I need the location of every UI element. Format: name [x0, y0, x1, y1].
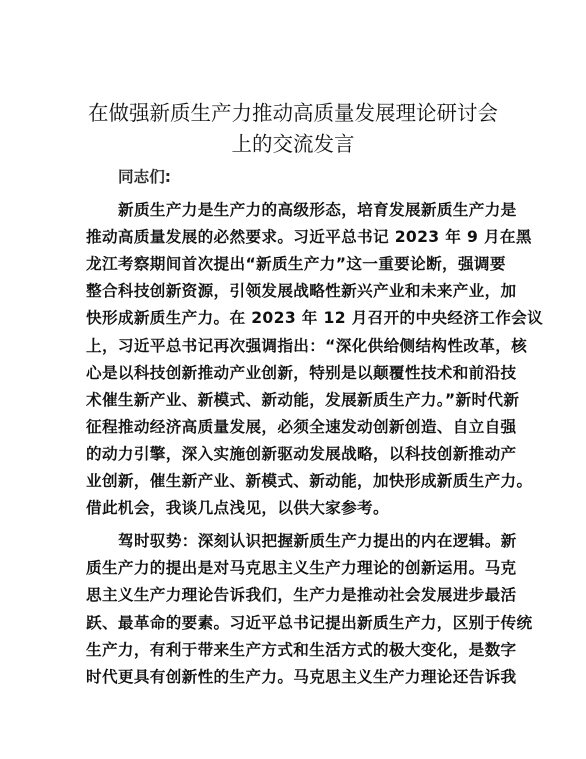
paragraph-line: 术催生新产业、新模式、新动能，发展新质生产力。”新时代新	[86, 387, 496, 414]
title-line-1: 在做强新质生产力推动高质量发展理论研讨会	[60, 98, 526, 129]
paragraph-line: 时代更具有创新性的生产力。马克思主义生产力理论还告诉我	[86, 664, 496, 691]
paragraph-line: 龙江考察期间首次提出“新质生产力”这一重要论断，强调要	[86, 251, 496, 278]
document-body: 同志们: 新质生产力是生产力的高级形态，培育发展新质生产力是 推动高质量发展的必…	[86, 164, 496, 697]
paragraph-line: 上，习近平总书记再次强调指出：“深化供给侧结构性改革，核	[86, 333, 496, 360]
paragraph-line: 跃、最革命的要素。习近平总书记提出新质生产力，区别于传统	[86, 610, 496, 637]
paragraph-line: 推动高质量发展的必然要求。习近平总书记 2023 年 9 月在黑	[86, 224, 496, 251]
paragraph-line: 思主义生产力理论告诉我们，生产力是推动社会发展进步最活	[86, 582, 496, 609]
paragraph-line: 新质生产力是生产力的高级形态，培育发展新质生产力是	[86, 197, 496, 224]
paragraph-line: 生产力，有利于带来生产方式和生活方式的极大变化，是数字	[86, 637, 496, 664]
paragraph-line: 征程推动经济高质量发展，必须全速发动创新创造、自立自强	[86, 414, 496, 441]
paragraph-intro: 新质生产力是生产力的高级形态，培育发展新质生产力是 推动高质量发展的必然要求。习…	[86, 197, 496, 522]
paragraph-line: 整合科技创新资源，引领发展战略性新兴产业和未来产业，加	[86, 278, 496, 305]
paragraph-section-1: 驾时驭势：深刻认识把握新质生产力提出的内在逻辑。新 质生产力的提出是对马克思主义…	[86, 528, 496, 691]
paragraph-line: 的动力引擎，深入实施创新驱动发展战略，以科技创新推动产	[86, 441, 496, 468]
paragraph-line: 快形成新质生产力。在 2023 年 12 月召开的中央经济工作会议	[86, 305, 496, 332]
paragraph-line: 借此机会，我谈几点浅见，以供大家参考。	[86, 495, 496, 522]
paragraph-line: 心是以科技创新推动产业创新，特别是以颠覆性技术和前沿技	[86, 360, 496, 387]
document-page: 在做强新质生产力推动高质量发展理论研讨会 上的交流发言 同志们: 新质生产力是生…	[0, 0, 586, 759]
salutation: 同志们:	[86, 164, 496, 191]
paragraph-line: 业创新，催生新产业、新模式、新动能，加快形成新质生产力。	[86, 468, 496, 495]
document-title: 在做强新质生产力推动高质量发展理论研讨会 上的交流发言	[60, 98, 526, 160]
paragraph-line: 质生产力的提出是对马克思主义生产力理论的创新运用。马克	[86, 555, 496, 582]
paragraph-line: 驾时驭势：深刻认识把握新质生产力提出的内在逻辑。新	[86, 528, 496, 555]
title-line-2: 上的交流发言	[60, 129, 526, 160]
